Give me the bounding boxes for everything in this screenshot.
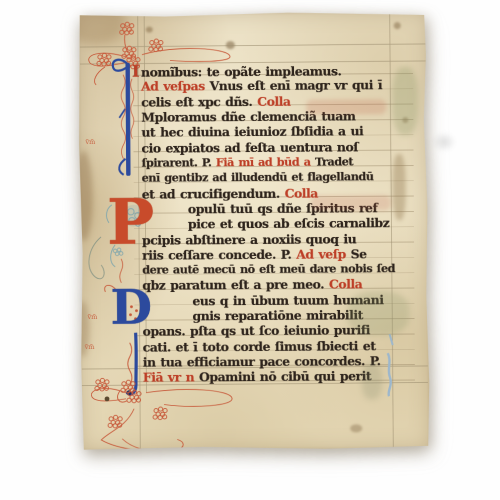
rubric-text: Fiā mī ad būd a [216, 155, 315, 170]
ink-text: celis eſt xpc dñs. [141, 94, 257, 110]
text-line: ſpirarent. P. Fiā mī ad būd a Tradet [142, 154, 354, 171]
text-line: pcipis abſtinere a noxiis quoq iu [142, 231, 356, 248]
berry-cluster [120, 22, 134, 35]
bottom-penwork-flourish [91, 388, 232, 452]
ink-text: opulū tuū qs dñe ſpiritus ref [188, 200, 378, 216]
ink-text: Tradet [315, 154, 353, 168]
ink-text: cio expiatos ad feſta uentura noſ [141, 139, 358, 155]
marginal-note: ṽm̃ [84, 342, 95, 351]
initial-P: P [107, 194, 155, 251]
ink-text: qbz paratum eſt a pre meo. [142, 277, 329, 293]
text-line: in tua efficiamur pace concordes. P. [143, 353, 381, 370]
ink-text: ut hec diuina ieiunioz ſbſidia a ui [141, 124, 363, 140]
text-line: dere autē mecū nō eſt meū dare nobis ſed [142, 261, 395, 278]
text-line: cati. et ī toto corde ſimus ſbiecti et [143, 338, 376, 355]
marginal-note: ṽm̃ [86, 312, 97, 321]
ink-text: eus q in ūbum tuum humani [192, 292, 383, 308]
text-line: qbz paratum eſt a pre meo. Colla [142, 277, 362, 294]
text-line: gnis reparatiōne mirabilit [192, 307, 363, 323]
ink-text: cati. et ī toto corde ſimus ſbiecti et [143, 338, 376, 354]
ink-text: in tua efficiamur pace concordes. P. [143, 353, 381, 369]
initial-D: D [110, 287, 152, 330]
ink-text: gnis reparatiōne mirabilit [192, 307, 363, 323]
ink-blot [105, 396, 110, 401]
text-line: pice et quos ab eſcis carnalibz [188, 215, 389, 232]
manuscript-leaf: ṽm̃ ṽm̃ ṽm̃ Inomĩbus: te opãte impleamus… [78, 11, 431, 451]
marginal-note: ṽm̃ [84, 137, 95, 146]
text-line: eus q in ūbum tuum humani [192, 292, 383, 308]
text-line: Ad veſpas Vnus eſt enī magr vr qui ī [141, 78, 382, 95]
text-line: opulū tuū qs dñe ſpiritus ref [188, 200, 378, 216]
blue-initial-I [113, 60, 131, 176]
text-line: Inomĩbus: te opãte impleamus. [141, 62, 341, 79]
text-line: opans. pſta qs ut ſco ieiunio purifi [143, 323, 371, 340]
rubric-text: Fiā vr n [143, 370, 199, 385]
text-line: cio expiatos ad feſta uentura noſ [141, 139, 358, 156]
ink-text: opans. pſta qs ut ſco ieiunio purifi [143, 323, 371, 339]
ink-text: ſpirarent. P. [142, 155, 216, 169]
manuscript-leaf-wrap: ṽm̃ ṽm̃ ṽm̃ Inomĩbus: te opãte impleamus… [78, 11, 431, 451]
rubric-text: Colla [329, 277, 362, 292]
berry-cluster [153, 407, 167, 420]
rubric-text: Ad veſp [296, 246, 350, 261]
ink-text: enī gentibz ad illudendū et flagellandū [142, 170, 374, 185]
ink-text: Opamini nō cibū qui perit [199, 369, 371, 385]
ink-text: Mploramus dñe clemenciã tuam [141, 108, 355, 124]
ink-text: dere autē mecū nō eſt meū dare nobis ſed [142, 261, 395, 277]
text-line: et ad crucifigendum. Colla [142, 185, 318, 201]
text-block: Inomĩbus: te opãte impleamus.Ad veſpas V… [141, 62, 401, 394]
text-line: ut hec diuina ieiunioz ſbſidia a ui [141, 124, 363, 141]
gray-loop [89, 237, 104, 279]
ink-text: et ad crucifigendum. [142, 185, 285, 201]
marginal-notes: ṽm̃ ṽm̃ ṽm̃ [82, 137, 97, 351]
text-line: Fiā vr n Opamini nō cibū qui perit [143, 369, 371, 386]
berry-cluster [95, 378, 109, 391]
text-line: enī gentibz ad illudendū et flagellandū [142, 170, 374, 187]
rubric-text: Colla [285, 185, 318, 200]
ink-text: Vnus eſt enī magr vr qui ī [210, 78, 383, 94]
ink-text: pcipis abſtinere a noxiis quoq iu [142, 231, 356, 247]
rubric-text: I [132, 62, 139, 81]
text-line: riis ceſſare concede. P. Ad veſp Se [142, 246, 367, 263]
ink-text: Se [351, 246, 367, 261]
text-line: Mploramus dñe clemenciã tuam [141, 108, 355, 125]
background-smudge [432, 132, 456, 152]
berry-cluster [122, 46, 136, 59]
rubric-text: Colla [257, 93, 290, 108]
rubric-text: Ad veſpas [141, 79, 210, 94]
photo-background: ṽm̃ ṽm̃ ṽm̃ Inomĩbus: te opãte impleamus… [0, 0, 500, 500]
ink-text: pice et quos ab eſcis carnalibz [188, 215, 389, 231]
text-line: celis eſt xpc dñs. Colla [141, 93, 290, 109]
ink-text: riis ceſſare concede. P. [142, 247, 296, 263]
berry-cluster [149, 39, 163, 52]
